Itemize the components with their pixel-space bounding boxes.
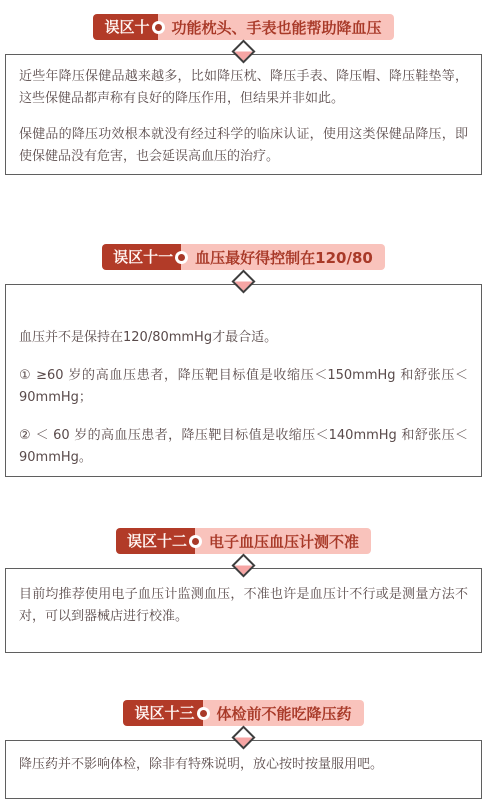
myth-header: 误区十 功能枕头、手表也能帮助降血压 bbox=[0, 14, 487, 40]
myth-content-box: 降压药并不影响体检，除非有特殊说明，放心按时按量服用吧。 bbox=[5, 740, 482, 799]
paragraph: 近些年降压保健品越来越多，比如降压枕、降压手表、降压帽、降压鞋垫等，这些保健品都… bbox=[19, 66, 468, 110]
myth-section-11: 误区十一 血压最好得控制在120/80 血压并不是保持在120/80mmHg才最… bbox=[0, 244, 487, 477]
myth-title: 体检前不能吃降压药 bbox=[217, 703, 352, 724]
paragraph: ① ≥60 岁的高血压患者，降压靶目标值是收缩压＜150mmHg 和舒张压＜90… bbox=[19, 365, 468, 409]
myth-header: 误区十三 体检前不能吃降压药 bbox=[0, 700, 487, 726]
diamond-icon bbox=[231, 39, 255, 63]
myth-title: 电子血压血压计测不准 bbox=[209, 531, 359, 552]
myth-section-13: 误区十三 体检前不能吃降压药 降压药并不影响体检，除非有特殊说明，放心按时按量服… bbox=[0, 700, 487, 799]
myth-number-badge: 误区十二 bbox=[116, 528, 195, 554]
myth-header: 误区十二 电子血压血压计测不准 bbox=[0, 528, 487, 554]
paragraph: 血压并不是保持在120/80mmHg才最合适。 bbox=[19, 327, 468, 349]
diamond-icon bbox=[231, 553, 255, 577]
myth-content-box: 目前均推荐使用电子血压计监测血压，不准也许是血压计不行或是测量方法不对，可以到器… bbox=[5, 568, 482, 653]
myth-number-badge: 误区十 bbox=[93, 14, 157, 40]
myth-header: 误区十一 血压最好得控制在120/80 bbox=[0, 244, 487, 270]
myth-section-12: 误区十二 电子血压血压计测不准 目前均推荐使用电子血压计监测血压，不准也许是血压… bbox=[0, 528, 487, 653]
myth-title-label: 体检前不能吃降压药 bbox=[203, 700, 364, 726]
myth-title: 血压最好得控制在120/80 bbox=[195, 247, 373, 268]
article-page: 误区十 功能枕头、手表也能帮助降血压 近些年降压保健品越来越多，比如降压枕、降压… bbox=[0, 0, 487, 806]
myth-title-label: 电子血压血压计测不准 bbox=[195, 528, 371, 554]
paragraph: 降压药并不影响体检，除非有特殊说明，放心按时按量服用吧。 bbox=[19, 754, 468, 776]
myth-content-box: 近些年降压保健品越来越多，比如降压枕、降压手表、降压帽、降压鞋垫等，这些保健品都… bbox=[5, 54, 482, 175]
bullet-dot-icon bbox=[152, 21, 165, 34]
paragraph: 保健品的降压功效根本就没有经过科学的临床认证，使用这类保健品降压，即使保健品没有… bbox=[19, 124, 468, 168]
bullet-dot-icon bbox=[175, 251, 188, 264]
myth-title-label: 血压最好得控制在120/80 bbox=[181, 244, 385, 270]
bullet-dot-icon bbox=[197, 707, 210, 720]
myth-title-label: 功能枕头、手表也能帮助降血压 bbox=[158, 14, 394, 40]
myth-title: 功能枕头、手表也能帮助降血压 bbox=[172, 17, 382, 38]
paragraph: 目前均推荐使用电子血压计监测血压，不准也许是血压计不行或是测量方法不对，可以到器… bbox=[19, 584, 468, 628]
paragraph: ② ＜ 60 岁的高血压患者，降压靶目标值是收缩压＜140mmHg 和舒张压＜9… bbox=[19, 425, 468, 469]
diamond-icon bbox=[231, 725, 255, 749]
myth-number-badge: 误区十一 bbox=[102, 244, 181, 270]
myth-section-10: 误区十 功能枕头、手表也能帮助降血压 近些年降压保健品越来越多，比如降压枕、降压… bbox=[0, 0, 487, 175]
myth-number-badge: 误区十三 bbox=[123, 700, 202, 726]
myth-content-box: 血压并不是保持在120/80mmHg才最合适。 ① ≥60 岁的高血压患者，降压… bbox=[5, 284, 482, 477]
bullet-dot-icon bbox=[189, 535, 202, 548]
diamond-icon bbox=[231, 269, 255, 293]
